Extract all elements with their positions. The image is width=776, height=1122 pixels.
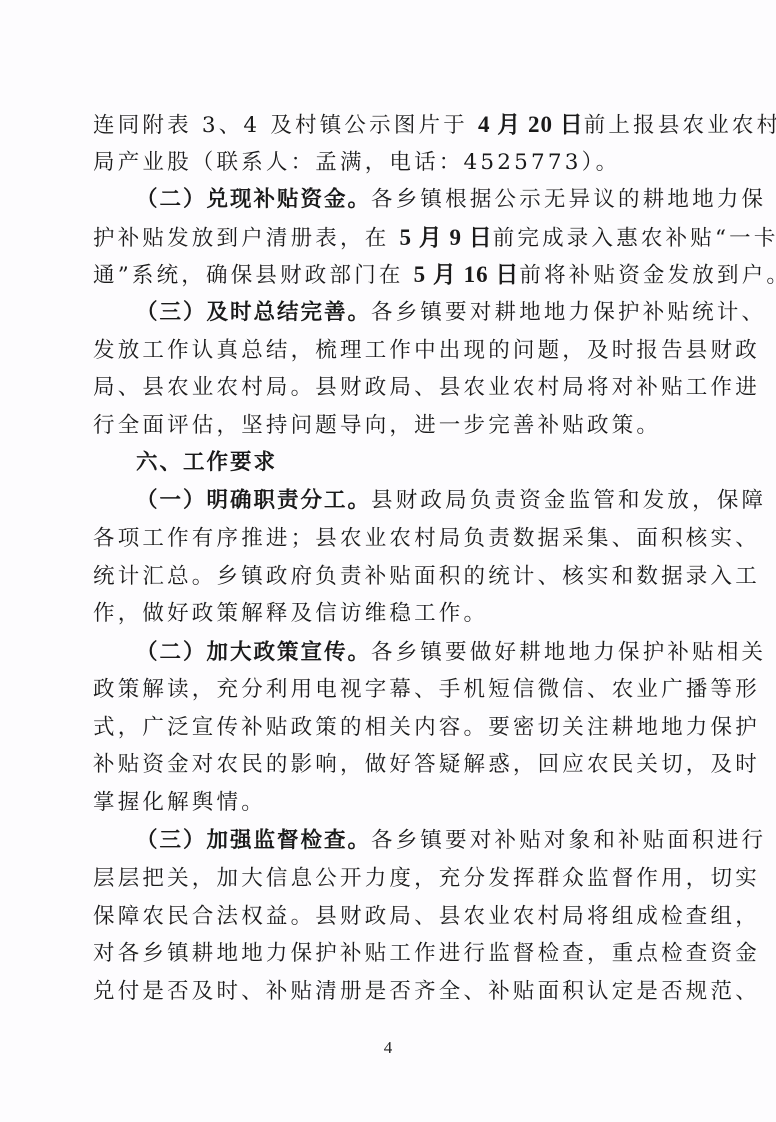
text-line: （三）及时总结完善。各乡镇要对耕地地力保护补贴统计、 bbox=[93, 294, 697, 332]
text-line: 兑付是否及时、补贴清册是否齐全、补贴面积认定是否规范、 bbox=[93, 973, 697, 1011]
text-line: 连同附表 3、4 及村镇公示图片于 4 月 20 日前上报县农业农村 bbox=[93, 106, 697, 144]
item-title: （二）兑现补贴资金。 bbox=[136, 187, 371, 212]
text-line: 保障农民合法权益。县财政局、县农业农村局将组成检查组， bbox=[93, 898, 697, 936]
text-run: 政策解读，充分利用电视字幕、手机短信微信、农业广播等形 bbox=[93, 677, 760, 702]
heading-text: 六、工作要求 bbox=[93, 444, 697, 482]
text-line: 局产业股（联系人：孟满，电话：4525773）。 bbox=[93, 144, 697, 182]
text-line: 各项工作有序推进；县农业农村局负责数据采集、面积核实、 bbox=[93, 520, 697, 558]
text-run: 局、县农业农村局。县财政局、县农业农村局将对补贴工作进 bbox=[93, 375, 760, 400]
text-run: 各项工作有序推进；县农业农村局负责数据采集、面积核实、 bbox=[93, 526, 760, 551]
paragraph: 连同附表 3、4 及村镇公示图片于 4 月 20 日前上报县农业农村局产业股（联… bbox=[93, 106, 697, 181]
text-line: 作，做好政策解释及信访维稳工作。 bbox=[93, 595, 697, 633]
text-run: 护补贴发放到户清册表，在 bbox=[93, 226, 399, 251]
paragraph: （二）兑现补贴资金。各乡镇根据公示无异议的耕地地力保护补贴发放到户清册表，在 5… bbox=[93, 181, 697, 294]
text-line: （三）加强监督检查。各乡镇要对补贴对象和补贴面积进行 bbox=[93, 822, 697, 860]
text-line: 政策解读，充分利用电视字幕、手机短信微信、农业广播等形 bbox=[93, 671, 697, 709]
text-run: 前上报县农业农村 bbox=[584, 113, 776, 138]
text-run: 对各乡镇耕地地力保护补贴工作进行监督检查，重点检查资金 bbox=[93, 941, 760, 966]
text-run: 通”系统，确保县财政部门在 bbox=[93, 263, 414, 288]
text-run: 局产业股（联系人：孟满，电话：4525773）。 bbox=[93, 150, 620, 175]
text-run: 保障农民合法权益。县财政局、县农业农村局将组成检查组， bbox=[93, 904, 760, 929]
text-run: 行全面评估，坚持问题导向，进一步完善补贴政策。 bbox=[93, 413, 661, 438]
text-run: 连同附表 3、4 及村镇公示图片于 bbox=[93, 113, 478, 138]
text-line: 式，广泛宣传补贴政策的相关内容。要密切关注耕地地力保护 bbox=[93, 709, 697, 747]
text-run: 县财政局负责资金监管和发放，保障 bbox=[371, 488, 766, 513]
text-run: 掌握化解舆情。 bbox=[93, 790, 266, 815]
item-title: （一）明确职责分工。 bbox=[136, 488, 371, 513]
paragraph: （三）加强监督检查。各乡镇要对补贴对象和补贴面积进行层层把关，加大信息公开力度，… bbox=[93, 822, 697, 1011]
text-line: （二）兑现补贴资金。各乡镇根据公示无异议的耕地地力保 bbox=[93, 181, 697, 219]
paragraph: （二）加大政策宣传。各乡镇要做好耕地地力保护补贴相关政策解读，充分利用电视字幕、… bbox=[93, 634, 697, 823]
bold-date: 4 月 20 日 bbox=[478, 112, 584, 137]
text-line: 行全面评估，坚持问题导向，进一步完善补贴政策。 bbox=[93, 407, 697, 445]
text-run: 各乡镇要对补贴对象和补贴面积进行 bbox=[371, 828, 766, 853]
bold-date: 5 月 16 日 bbox=[414, 262, 520, 287]
text-run: 前将补贴资金发放到户。 bbox=[519, 263, 776, 288]
text-line: 掌握化解舆情。 bbox=[93, 784, 697, 822]
paragraph: （一）明确职责分工。县财政局负责资金监管和发放，保障各项工作有序推进；县农业农村… bbox=[93, 482, 697, 633]
text-run: 兑付是否及时、补贴清册是否齐全、补贴面积认定是否规范、 bbox=[93, 979, 760, 1004]
text-line: 通”系统，确保县财政部门在 5 月 16 日前将补贴资金发放到户。 bbox=[93, 256, 697, 294]
text-line: 统计汇总。乡镇政府负责补贴面积的统计、核实和数据录入工 bbox=[93, 558, 697, 596]
text-line: 补贴资金对农民的影响，做好答疑解惑，回应农民关切，及时 bbox=[93, 746, 697, 784]
text-run: 各乡镇要对耕地地力保护补贴统计、 bbox=[371, 300, 766, 325]
text-line: 层层把关，加大信息公开力度，充分发挥群众监督作用，切实 bbox=[93, 860, 697, 898]
text-line: 护补贴发放到户清册表，在 5 月 9 日前完成录入惠农补贴“一卡 bbox=[93, 219, 697, 257]
item-title: （三）加强监督检查。 bbox=[136, 828, 371, 853]
document-body: 连同附表 3、4 及村镇公示图片于 4 月 20 日前上报县农业农村局产业股（联… bbox=[93, 106, 697, 1011]
paragraph: （三）及时总结完善。各乡镇要对耕地地力保护补贴统计、发放工作认真总结，梳理工作中… bbox=[93, 294, 697, 444]
text-line: 局、县农业农村局。县财政局、县农业农村局将对补贴工作进 bbox=[93, 369, 697, 407]
text-run: 式，广泛宣传补贴政策的相关内容。要密切关注耕地地力保护 bbox=[93, 715, 760, 740]
section-heading: 六、工作要求 bbox=[93, 444, 697, 482]
page-number: 4 bbox=[0, 1038, 776, 1058]
text-run: 发放工作认真总结，梳理工作中出现的问题，及时报告县财政 bbox=[93, 338, 760, 363]
text-line: 发放工作认真总结，梳理工作中出现的问题，及时报告县财政 bbox=[93, 332, 697, 370]
bold-date: 5 月 9 日 bbox=[399, 225, 492, 250]
text-run: 补贴资金对农民的影响，做好答疑解惑，回应农民关切，及时 bbox=[93, 752, 760, 777]
text-run: 前完成录入惠农补贴“一卡 bbox=[493, 226, 776, 251]
text-run: 各乡镇要做好耕地地力保护补贴相关 bbox=[371, 640, 766, 665]
text-line: 对各乡镇耕地地力保护补贴工作进行监督检查，重点检查资金 bbox=[93, 935, 697, 973]
text-run: 作，做好政策解释及信访维稳工作。 bbox=[93, 601, 488, 626]
text-line: （一）明确职责分工。县财政局负责资金监管和发放，保障 bbox=[93, 482, 697, 520]
item-title: （二）加大政策宣传。 bbox=[136, 640, 371, 665]
item-title: （三）及时总结完善。 bbox=[136, 300, 371, 325]
text-run: 层层把关，加大信息公开力度，充分发挥群众监督作用，切实 bbox=[93, 866, 760, 891]
text-run: 各乡镇根据公示无异议的耕地地力保 bbox=[371, 187, 766, 212]
text-line: （二）加大政策宣传。各乡镇要做好耕地地力保护补贴相关 bbox=[93, 634, 697, 672]
text-run: 统计汇总。乡镇政府负责补贴面积的统计、核实和数据录入工 bbox=[93, 564, 760, 589]
